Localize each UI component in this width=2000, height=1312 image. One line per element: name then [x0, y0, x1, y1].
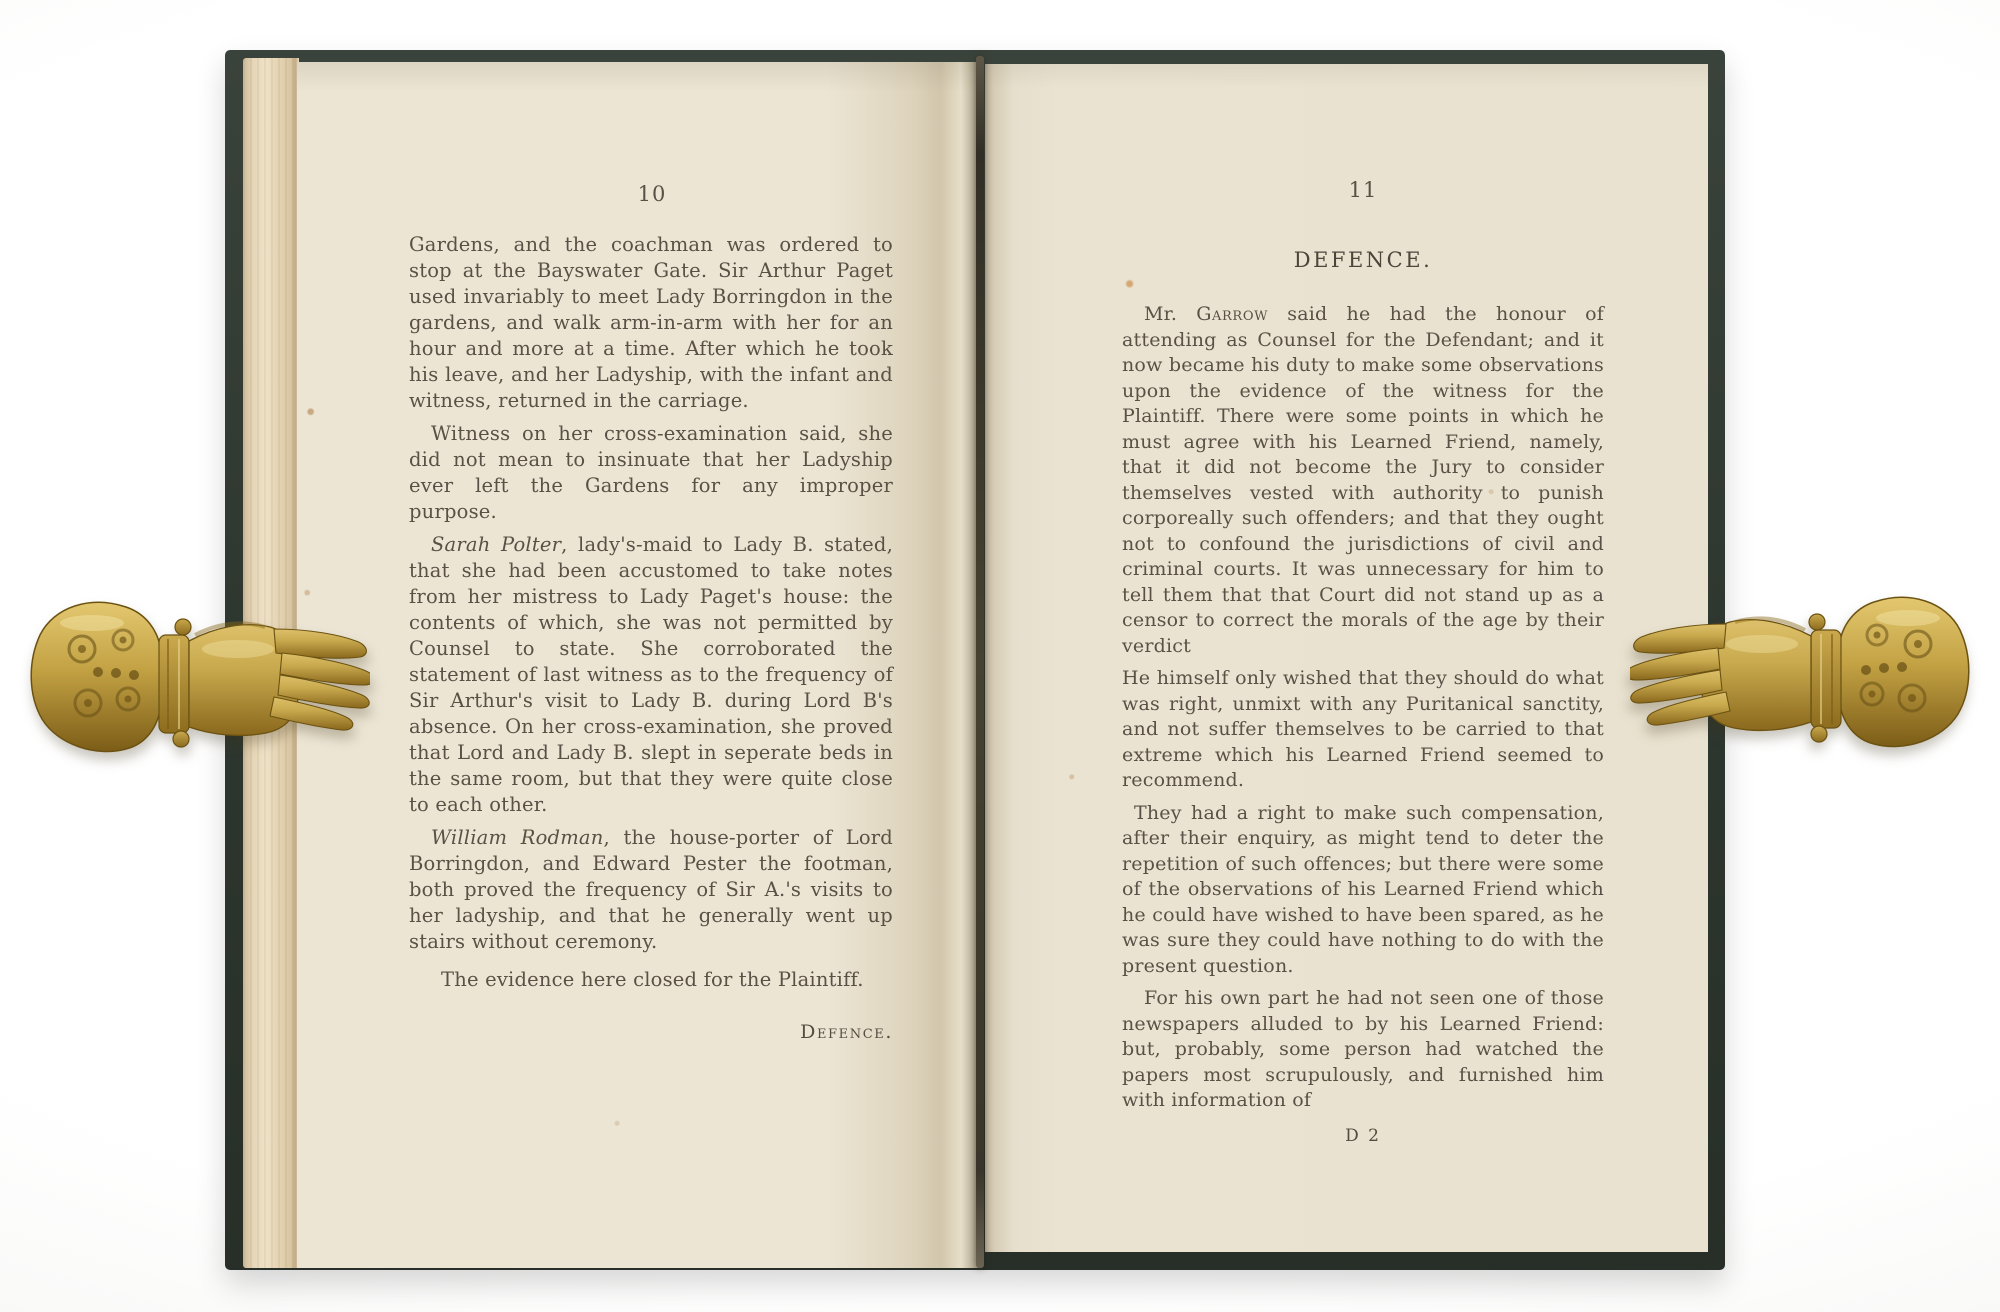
page-paragraph: Mr. Garrow said he had the honour of att… — [1122, 302, 1604, 659]
page-paragraph: He himself only wished that they should … — [1122, 666, 1604, 794]
text-segment: Witness on her cross-examination said, s… — [409, 422, 893, 523]
left-page: 10 Gardens, and the coachman was ordered… — [297, 62, 978, 1268]
page-paragraph: Gardens, and the coachman was ordered to… — [409, 232, 893, 414]
page-paragraph: Sarah Polter, lady's-maid to Lady B. sta… — [409, 532, 893, 818]
text-segment: He himself only wished that they should … — [1122, 667, 1604, 791]
page-paragraph: They had a right to make such compensati… — [1122, 801, 1604, 980]
text-segment: said he had the honour of attending as C… — [1122, 303, 1604, 657]
text-segment: Gardens, and the coachman was ordered to… — [409, 233, 893, 412]
gutter-shadow — [976, 56, 984, 1268]
text-segment: Sarah Polter — [431, 533, 561, 556]
text-segment: , lady's-maid to Lady B. stated, that sh… — [409, 533, 893, 816]
text-segment: William Rodman — [431, 826, 604, 849]
left-page-text: Gardens, and the coachman was ordered to… — [409, 232, 893, 1045]
signature-mark: D 2 — [1122, 1124, 1604, 1150]
page-paragraph: The evidence here closed for the Plainti… — [409, 967, 893, 993]
text-segment: For his own part he had not seen one of … — [1122, 987, 1604, 1111]
right-page: 11 DEFENCE. Mr. Garrow said he had the h… — [985, 64, 1708, 1252]
book: 10 Gardens, and the coachman was ordered… — [225, 50, 1725, 1270]
defence-heading: DEFENCE. — [1122, 248, 1604, 272]
text-segment: They had a right to make such compensati… — [1122, 802, 1604, 977]
text-segment: The evidence here closed for the Plainti… — [441, 968, 864, 991]
brass-hand-clip-left — [30, 577, 370, 777]
page-paragraph: William Rodman, the house-porter of Lord… — [409, 825, 893, 955]
left-page-number: 10 — [410, 182, 894, 206]
catchword: Defence. — [409, 1019, 893, 1045]
right-page-text: Mr. Garrow said he had the honour of att… — [1122, 302, 1604, 1149]
text-segment: Garrow — [1196, 303, 1268, 325]
right-page-number: 11 — [1122, 178, 1604, 202]
text-segment: Mr. — [1144, 303, 1196, 325]
brass-hand-clip-right — [1630, 572, 1970, 772]
page-paragraph: Witness on her cross-examination said, s… — [409, 421, 893, 525]
page-paragraph: For his own part he had not seen one of … — [1122, 986, 1604, 1114]
